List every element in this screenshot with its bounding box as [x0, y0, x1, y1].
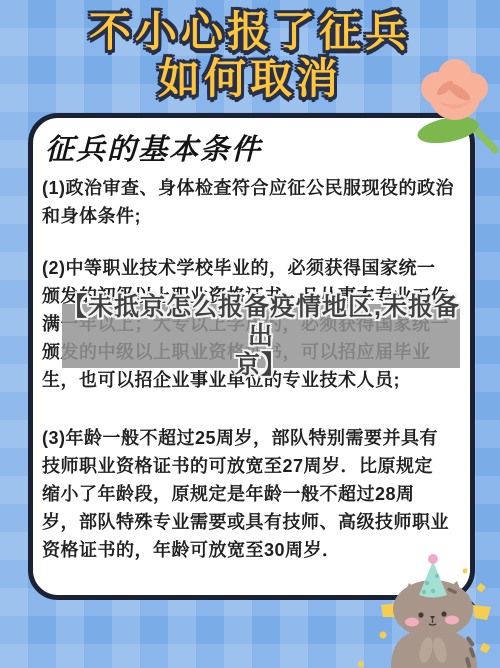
hat-dot: [425, 581, 429, 585]
cat-cheek-left: [405, 618, 419, 627]
cat-mascot: [355, 545, 500, 668]
cat-cheek-right: [445, 616, 459, 625]
hat-dot: [431, 589, 435, 593]
hat-dot: [422, 590, 426, 594]
hat-pompom: [428, 554, 438, 564]
cat-eye-right: [441, 611, 446, 616]
confetti-dot: [358, 661, 364, 667]
subtitle-overlay-banner: 【未抵京怎么报备疫情地区,未报备出 京】: [62, 304, 460, 368]
confetti-dot: [380, 632, 387, 639]
cat-eye-left: [418, 612, 423, 617]
condition-item-1: (1)政治审查、身体检查符合应征公民服现役的政治 和身体条件;: [42, 174, 458, 230]
poster-background: 不小心报了征兵 如何取消 征兵的基本条件 (1)政治审查、身体检查符合应征公民服…: [0, 0, 500, 668]
confetti-dot: [476, 583, 486, 593]
confetti-flag-right: [473, 605, 491, 620]
confetti-dot: [480, 643, 491, 654]
title-line-1: 不小心报了征兵: [0, 8, 500, 55]
confetti-dot: [463, 569, 468, 574]
condition-item-3: (3)年龄一般不超过25周岁，部队特别需要并具有 技师职业资格证书的可放宽至27…: [42, 424, 458, 564]
hat-dot: [435, 574, 439, 578]
subtitle-text: 【未抵京怎么报备疫情地区,未报备出 京】: [62, 293, 460, 380]
flower-icon: [393, 52, 500, 170]
